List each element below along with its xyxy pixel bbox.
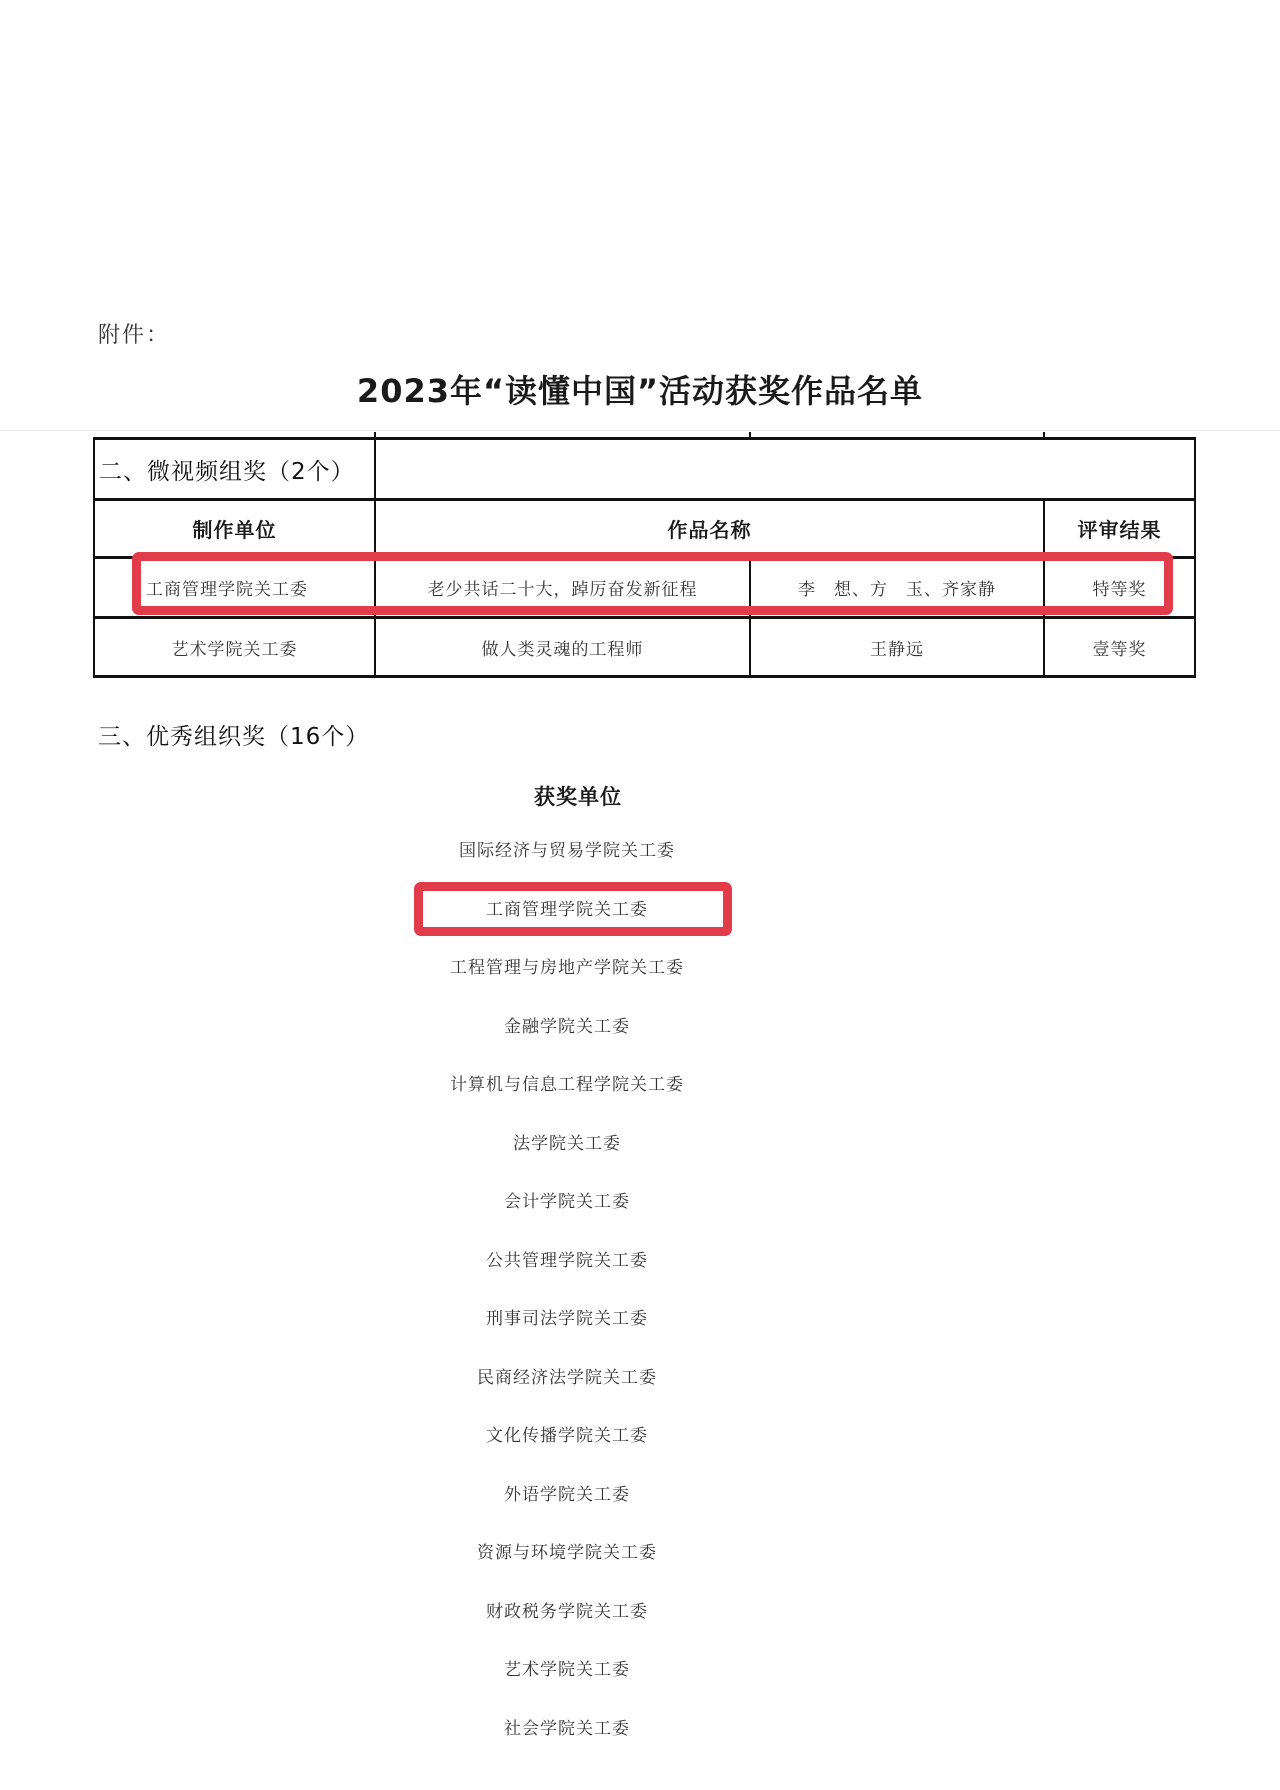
list-item: 工程管理与房地产学院关工委: [367, 947, 767, 1006]
list-item: 外语学院关工委: [367, 1474, 767, 1533]
highlight-box-row: [132, 552, 1173, 615]
list-item: 刑事司法学院关工委: [367, 1298, 767, 1357]
list-item: 资源与环境学院关工委: [367, 1532, 767, 1591]
list-item: 法学院关工委: [367, 1123, 767, 1182]
highlight-box-unit: [414, 882, 732, 936]
table-border: [93, 675, 1196, 678]
list-item: 文化传播学院关工委: [367, 1415, 767, 1474]
work-cell: 做人类灵魂的工程师: [376, 619, 749, 675]
list-item: 民商经济法学院关工委: [367, 1357, 767, 1416]
list-item: 公共管理学院关工委: [367, 1240, 767, 1299]
list-item: 社会学院关工委: [367, 1708, 767, 1767]
page-divider: [0, 430, 1280, 431]
attachment-label: 附件：: [98, 318, 170, 349]
column-header-unit: 制作单位: [95, 501, 374, 556]
list-item: 艺术学院关工委: [367, 1649, 767, 1708]
award-unit-list: 国际经济与贸易学院关工委 工商管理学院关工委 工程管理与房地产学院关工委 金融学…: [367, 830, 767, 1766]
result-cell: 壹等奖: [1045, 619, 1194, 675]
list-item: 会计学院关工委: [367, 1181, 767, 1240]
list-item: 金融学院关工委: [367, 1006, 767, 1065]
list-item: 国际经济与贸易学院关工委: [367, 830, 767, 889]
column-header-result: 评审结果: [1045, 501, 1194, 556]
section-heading: 三、优秀组织奖（16个）: [98, 718, 369, 751]
authors-cell: 王静远: [751, 619, 1043, 675]
list-item: 计算机与信息工程学院关工委: [367, 1064, 767, 1123]
table-border: [1194, 437, 1196, 678]
column-header-work: 作品名称: [376, 501, 1043, 556]
list-item: 财政税务学院关工委: [367, 1591, 767, 1650]
section-heading: 二、微视频组奖（2个）: [95, 440, 374, 498]
column-header-award-unit: 获奖单位: [378, 781, 778, 811]
page-title: 2023年“读懂中国”活动获奖作品名单: [0, 366, 1280, 412]
unit-cell: 艺术学院关工委: [95, 619, 374, 675]
